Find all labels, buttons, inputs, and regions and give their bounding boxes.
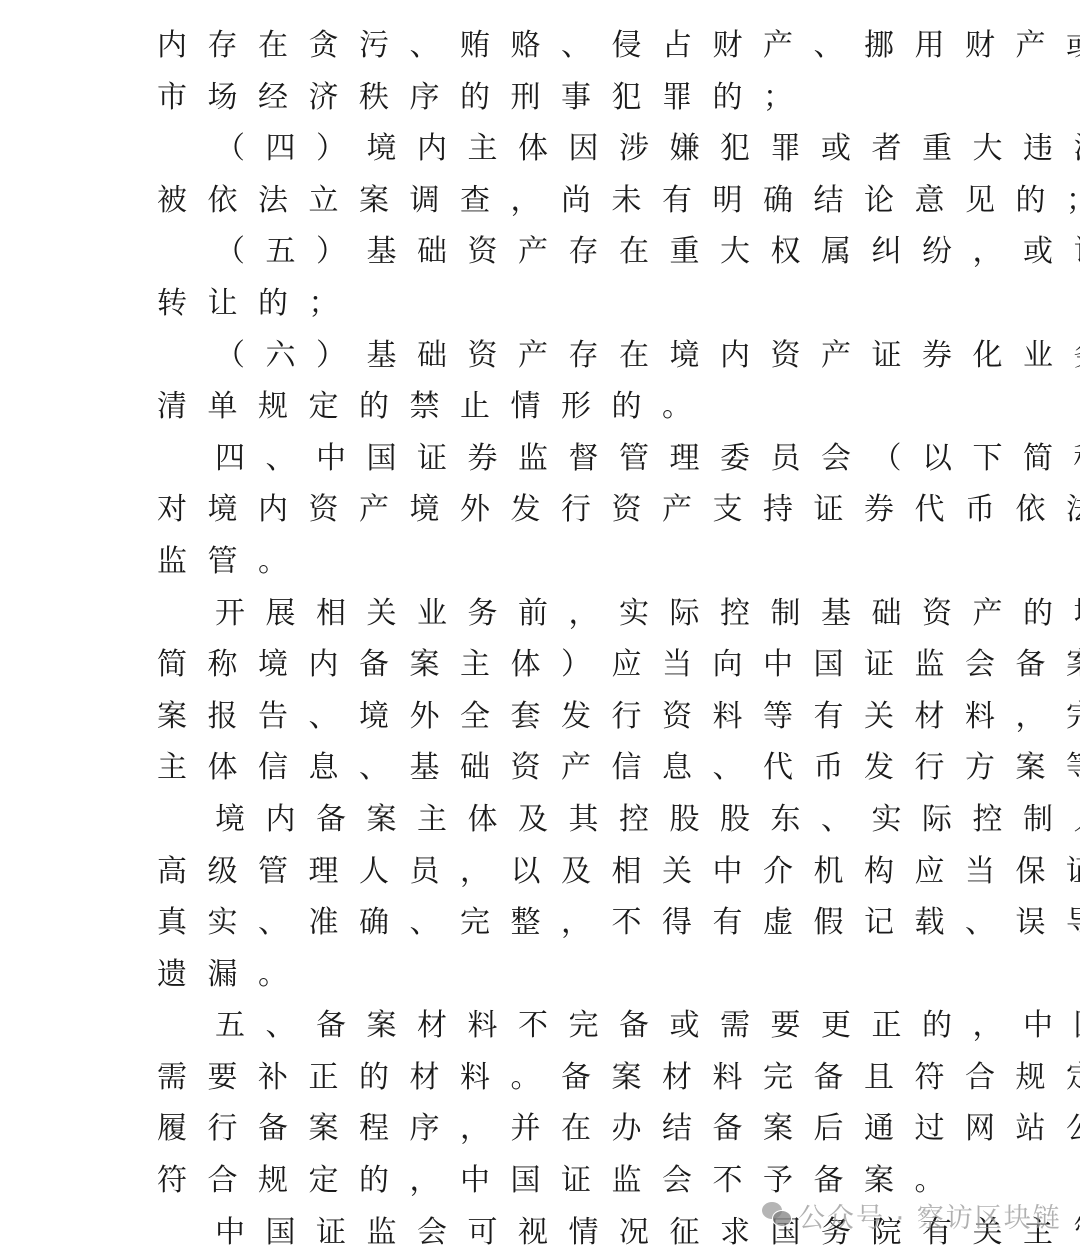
wechat-icon bbox=[762, 1202, 792, 1228]
text-line: 监管。 bbox=[157, 536, 922, 588]
text-line: （六）基础资产存在境内资产证券化业务基础资产负面 bbox=[157, 330, 922, 382]
text-line: 五、备案材料不完备或需要更正的，中国证监会将告知 bbox=[157, 1000, 922, 1052]
text-line: 主体信息、基础资产信息、代币发行方案等情况。 bbox=[157, 742, 922, 794]
text-line: 转让的； bbox=[157, 278, 922, 330]
watermark: 公众号 · 察访区块链 bbox=[762, 1193, 1062, 1237]
text-line: 履行备案程序，并在办结备案后通过网站公示备案信息；不 bbox=[157, 1103, 922, 1155]
text-line: 需要补正的材料。备案材料完备且符合规定的，中国证监会 bbox=[157, 1052, 922, 1104]
text-line: （五）基础资产存在重大权属纠纷，或该资产依法不得 bbox=[157, 226, 922, 278]
text-line: 真实、准确、完整，不得有虚假记载、误导性陈述或者重大 bbox=[157, 897, 922, 949]
text-line: 开展相关业务前，实际控制基础资产的境内主体（以下 bbox=[157, 588, 922, 640]
text-line: 内存在贪污、贿赂、侵占财产、挪用财产或者破坏社会主义 bbox=[157, 20, 922, 72]
text-line: 四、中国证券监督管理委员会（以下简称中国证监会） bbox=[157, 433, 922, 485]
text-line: 遗漏。 bbox=[157, 949, 922, 1001]
text-line: 境内备案主体及其控股股东、实际控制人、董事、监事、 bbox=[157, 794, 922, 846]
text-line: 简称境内备案主体）应当向中国证监会备案，按要求报送备 bbox=[157, 639, 922, 691]
text-line: 案报告、境外全套发行资料等有关材料，完整说明境内备案 bbox=[157, 691, 922, 743]
text-line: （四）境内主体因涉嫌犯罪或者重大违法违规行为正在 bbox=[157, 123, 922, 175]
text-line: 高级管理人员，以及相关中介机构应当保证出具的备案材料 bbox=[157, 846, 922, 898]
text-line: 对境内资产境外发行资产支持证券代币依法依规进行严格 bbox=[157, 484, 922, 536]
watermark-text: 公众号 · 察访区块链 bbox=[798, 1196, 1062, 1235]
document-page: 内存在贪污、贿赂、侵占财产、挪用财产或者破坏社会主义 市场经济秩序的刑事犯罪的；… bbox=[157, 20, 922, 1258]
text-line: 市场经济秩序的刑事犯罪的； bbox=[157, 72, 922, 124]
text-line: 清单规定的禁止情形的。 bbox=[157, 381, 922, 433]
text-line: 被依法立案调查，尚未有明确结论意见的； bbox=[157, 175, 922, 227]
